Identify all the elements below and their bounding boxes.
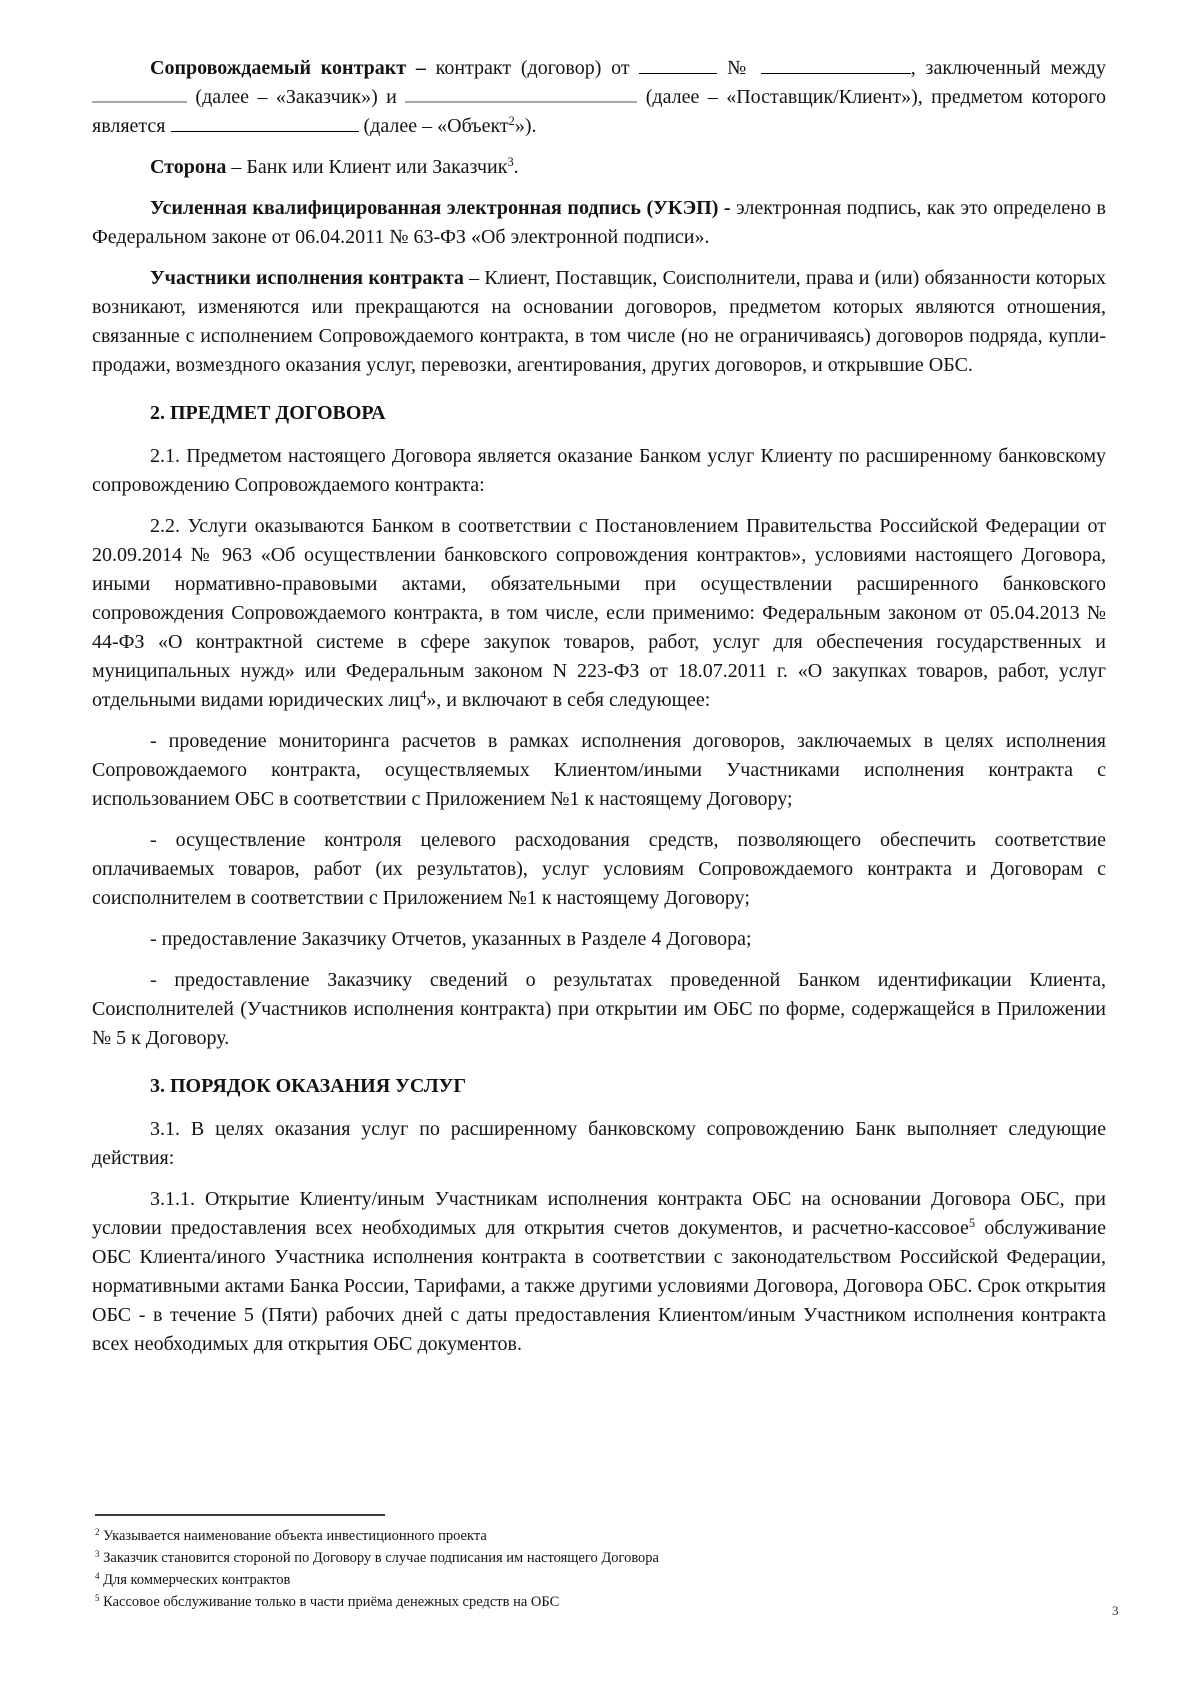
footnote-4: 4 Для коммерческих контрактов: [95, 1569, 1105, 1591]
footnote-ref: 5: [969, 1216, 975, 1230]
heading-3-poryadok-okazaniya-uslug: 3. ПОРЯДОК ОКАЗАНИЯ УСЛУГ: [92, 1072, 1106, 1101]
para-2-2: 2.2. Услуги оказываются Банком в соответ…: [92, 512, 1106, 715]
footnote-list: 2 Указывается наименование объекта инвес…: [95, 1525, 1105, 1613]
footnote-3: 3 Заказчик становится стороной по Догово…: [95, 1547, 1105, 1569]
footnote-number: 5: [95, 1593, 100, 1603]
text-run: 3.1.1. Открытие Клиенту/иным Участникам …: [92, 1188, 1106, 1239]
definition-soprovozhdaemyy-kontrakt: Сопровождаемый контракт – контракт (дого…: [92, 54, 1106, 141]
bold-term: Усиленная квалифицированная электронная …: [150, 197, 736, 219]
text-run: контракт (договор) от: [436, 57, 640, 79]
footnote-number: 4: [95, 1571, 100, 1581]
text-run: - предоставление Заказчику сведений о ре…: [92, 969, 1106, 1049]
fill-in-blank: [171, 117, 359, 132]
text-run: - предоставление Заказчику Отчетов, указ…: [150, 928, 752, 950]
para-3-1: 3.1. В целях оказания услуг по расширенн…: [92, 1115, 1106, 1173]
bold-term: Участники исполнения контракта: [150, 267, 464, 289]
footnote-ref: 3: [507, 155, 513, 169]
text-run: №: [717, 57, 760, 79]
bullet-kontrol-rashodovaniya: - осуществление контроля целевого расход…: [92, 826, 1106, 913]
bullet-predostavlenie-otchetov: - предоставление Заказчику Отчетов, указ…: [92, 925, 1106, 954]
document-body: Сопровождаемый контракт – контракт (дого…: [92, 54, 1106, 1371]
footnote-5: 5 Кассовое обслуживание только в части п…: [95, 1591, 1105, 1613]
text-run: - проведение мониторинга расчетов в рамк…: [92, 730, 1106, 810]
text-run: 2.2. Услуги оказываются Банком в соответ…: [92, 515, 1106, 711]
fill-in-blank: [761, 59, 911, 74]
bold-term: Сопровождаемый контракт –: [150, 57, 436, 79]
text-run: 2.1. Предметом настоящего Договора являе…: [92, 445, 1106, 496]
fill-in-blank: [405, 87, 637, 103]
definition-uchastniki-ispolneniya: Участники исполнения контракта – Клиент,…: [92, 264, 1106, 380]
para-3-1-1: 3.1.1. Открытие Клиенту/иным Участникам …: [92, 1185, 1106, 1359]
text-run: - осуществление контроля целевого расход…: [92, 829, 1106, 909]
fill-in-blank: [639, 59, 717, 74]
footnote-number: 2: [95, 1527, 100, 1537]
fill-in-blank: [92, 87, 187, 103]
text-run: (далее – «Заказчик») и: [187, 86, 405, 108]
text-run: »).: [515, 115, 537, 137]
bullet-predostavlenie-svedeniy: - предоставление Заказчику сведений о ре…: [92, 966, 1106, 1053]
definition-storona: Сторона – Банк или Клиент или Заказчик3.: [92, 153, 1106, 182]
text-run: 3. ПОРЯДОК ОКАЗАНИЯ УСЛУГ: [150, 1075, 466, 1097]
footnote-separator: [95, 1514, 385, 1516]
footnote-number: 3: [95, 1549, 100, 1559]
text-run: », и включают в себя следующее:: [426, 689, 710, 711]
footnote-2: 2 Указывается наименование объекта инвес…: [95, 1525, 1105, 1547]
text-run: , заключенный между: [911, 57, 1106, 79]
footnotes-section: 2 Указывается наименование объекта инвес…: [95, 1514, 1105, 1613]
heading-2-predmet-dogovora: 2. ПРЕДМЕТ ДОГОВОРА: [92, 399, 1106, 428]
footnote-ref: 2: [509, 114, 515, 128]
text-run: 3.1. В целях оказания услуг по расширенн…: [92, 1118, 1106, 1169]
footnote-ref: 4: [420, 688, 426, 702]
document-page: Сопровождаемый контракт – контракт (дого…: [0, 0, 1199, 1696]
text-run: 2. ПРЕДМЕТ ДОГОВОРА: [150, 402, 386, 424]
bullet-monitoring-raschetov: - проведение мониторинга расчетов в рамк…: [92, 727, 1106, 814]
page-number: 3: [1112, 1603, 1119, 1619]
text-run: .: [514, 156, 519, 178]
definition-ukep: Усиленная квалифицированная электронная …: [92, 194, 1106, 252]
text-run: (далее – «Объект: [359, 115, 509, 137]
para-2-1: 2.1. Предметом настоящего Договора являе…: [92, 442, 1106, 500]
bold-term: Сторона: [150, 156, 226, 178]
text-run: – Банк или Клиент или Заказчик: [226, 156, 507, 178]
